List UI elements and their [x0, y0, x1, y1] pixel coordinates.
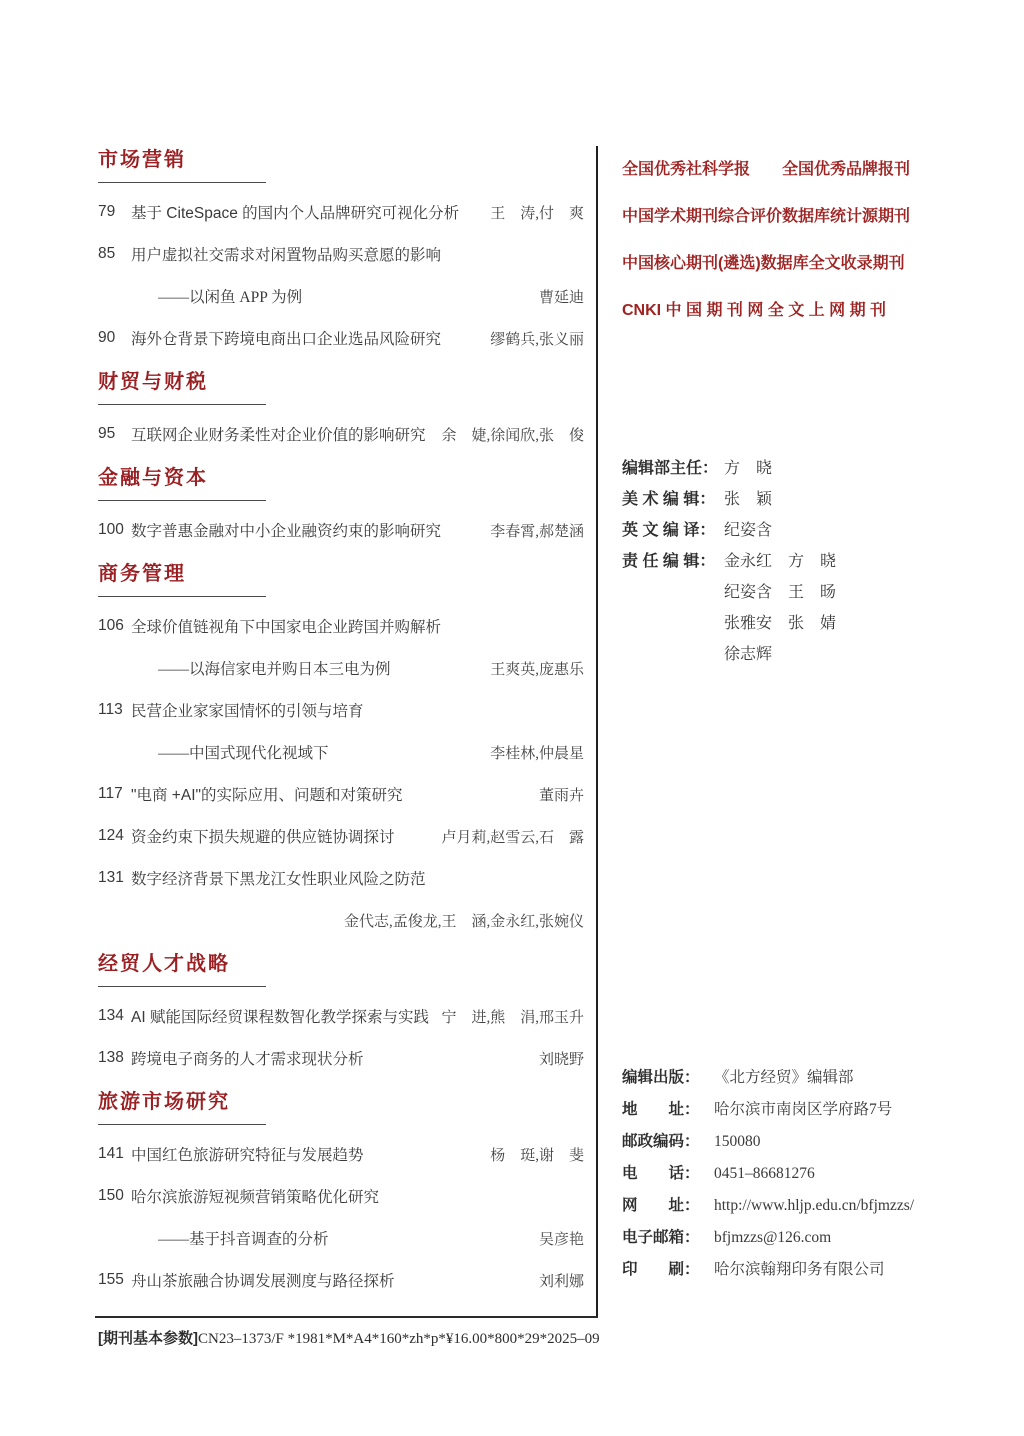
editorial-value: 徐志辉: [724, 639, 772, 670]
editorial-row: 张雅安 张 婧: [622, 608, 910, 639]
editorial-label: 英 文 编 译：: [622, 515, 724, 546]
section-title: 财贸与财税: [98, 370, 584, 394]
page-number: 155: [98, 1271, 131, 1289]
entry-authors: 缪鹤兵,张义丽: [490, 328, 584, 349]
toc-entry-row: 131数字经济背景下黑龙江女性职业风险之防范: [98, 857, 584, 899]
toc-subtitle-row: ——以海信家电并购日本三电为例王爽英,庞惠乐: [98, 647, 584, 689]
editorial-label: 编辑部主任：: [622, 453, 724, 484]
column-divider: [596, 146, 598, 1316]
journal-toc-page: 市场营销79基于 CiteSpace 的国内个人品牌研究可视化分析王 涛,付 爽…: [0, 0, 1024, 1436]
toc-authors-row: 金代志,孟俊龙,王 涵,金永红,张婉仪: [98, 899, 584, 941]
page-number: 90: [98, 329, 131, 347]
toc-entry-row: 117"电商 +AI"的实际应用、问题和对策研究董雨卉: [98, 773, 584, 815]
entry-authors: 卢月莉,赵雪云,石 露: [441, 826, 584, 847]
entry-subtitle: ——以海信家电并购日本三电为例: [158, 657, 480, 679]
publication-value: 《北方经贸》编辑部: [714, 1062, 854, 1094]
section-title: 旅游市场研究: [98, 1090, 584, 1114]
publication-label: 电 话：: [622, 1158, 714, 1190]
entry-title: 互联网企业财务柔性对企业价值的影响研究: [131, 423, 431, 445]
section-underline: [98, 1124, 266, 1125]
toc-entry-row: 95互联网企业财务柔性对企业价值的影响研究余 婕,徐闻欣,张 俊: [98, 413, 584, 455]
badge-line: CNKI 中 国 期 刊 网 全 文 上 网 期 刊: [622, 287, 910, 334]
toc-entry-row: 124资金约束下损失规避的供应链协调探讨卢月莉,赵雪云,石 露: [98, 815, 584, 857]
editorial-value: 方 晓: [724, 453, 772, 484]
entry-title: "电商 +AI"的实际应用、问题和对策研究: [131, 783, 529, 805]
publication-label: 电子邮箱：: [622, 1222, 714, 1254]
section-underline: [98, 986, 266, 987]
editorial-value: 张雅安 张 婧: [724, 608, 836, 639]
entry-authors: 余 婕,徐闻欣,张 俊: [441, 424, 584, 445]
publication-label: 编辑出版：: [622, 1062, 714, 1094]
toc-section: 商务管理106全球价值链视角下中国家电企业跨国并购解析——以海信家电并购日本三电…: [98, 562, 584, 941]
page-number: 134: [98, 1007, 131, 1025]
page-number: 113: [98, 701, 131, 719]
entry-title: 跨境电子商务的人才需求现状分析: [131, 1047, 529, 1069]
toc-entry-row: 100数字普惠金融对中小企业融资约束的影响研究李春霄,郝楚涵: [98, 509, 584, 551]
editorial-staff-block: 编辑部主任：方 晓美 术 编 辑：张 颖英 文 编 译：纪姿含责 任 编 辑：金…: [622, 453, 910, 670]
publication-row: 印 刷：哈尔滨翰翔印务有限公司: [622, 1254, 910, 1286]
toc-section: 旅游市场研究141中国红色旅游研究特征与发展趋势杨 珽,谢 斐150哈尔滨旅游短…: [98, 1090, 584, 1301]
section-title: 经贸人才战略: [98, 952, 584, 976]
entry-subtitle: ——基于抖音调查的分析: [158, 1227, 529, 1249]
entry-title: 中国红色旅游研究特征与发展趋势: [131, 1143, 480, 1165]
badge-text: 全国优秀品牌报刊: [782, 146, 910, 193]
publication-label: 地 址：: [622, 1094, 714, 1126]
toc-entry-row: 150哈尔滨旅游短视频营销策略优化研究: [98, 1175, 584, 1217]
entry-title: 用户虚拟社交需求对闲置物品购买意愿的影响: [131, 243, 574, 265]
publication-value: bfjmzzs@126.com: [714, 1222, 831, 1254]
entry-authors: 李桂林,仲晨星: [490, 742, 584, 763]
publication-row: 编辑出版：《北方经贸》编辑部: [622, 1062, 910, 1094]
editorial-label: 责 任 编 辑：: [622, 546, 724, 577]
publication-label: 印 刷：: [622, 1254, 714, 1286]
toc-section: 市场营销79基于 CiteSpace 的国内个人品牌研究可视化分析王 涛,付 爽…: [98, 148, 584, 359]
params-value: CN23–1373/F *1981*M*A4*160*zh*p*¥16.00*8…: [198, 1331, 600, 1347]
journal-parameters: [期刊基本参数]CN23–1373/F *1981*M*A4*160*zh*p*…: [98, 1327, 600, 1348]
toc-subtitle-row: ——以闲鱼 APP 为例曹延迪: [98, 275, 584, 317]
publication-row: 地 址：哈尔滨市南岗区学府路7号: [622, 1094, 910, 1126]
entry-authors: 曹延迪: [539, 286, 584, 307]
editorial-row: 纪姿含 王 旸: [622, 577, 910, 608]
entry-title: 海外仓背景下跨境电商出口企业选品风险研究: [131, 327, 480, 349]
editorial-row: 英 文 编 译：纪姿含: [622, 515, 910, 546]
publication-row: 邮政编码：150080: [622, 1126, 910, 1158]
entry-title: 舟山茶旅融合协调发展测度与路径探析: [131, 1269, 529, 1291]
publication-value: 0451–86681276: [714, 1158, 815, 1190]
section-underline: [98, 182, 266, 183]
page-number: 95: [98, 425, 131, 443]
section-underline: [98, 500, 266, 501]
page-number: 138: [98, 1049, 131, 1067]
toc-entry-row: 138跨境电子商务的人才需求现状分析刘晓野: [98, 1037, 584, 1079]
page-number: 106: [98, 617, 131, 635]
editorial-value: 纪姿含 王 旸: [724, 577, 836, 608]
toc-entry-row: 141中国红色旅游研究特征与发展趋势杨 珽,谢 斐: [98, 1133, 584, 1175]
publication-row: 网 址：http://www.hljp.edu.cn/bfjmzzs/: [622, 1190, 910, 1222]
entry-authors: 杨 珽,谢 斐: [490, 1144, 584, 1165]
toc-section: 经贸人才战略134AI 赋能国际经贸课程数智化教学探索与实践宁 进,熊 涓,邢玉…: [98, 952, 584, 1079]
section-title: 商务管理: [98, 562, 584, 586]
footer-rule: [95, 1316, 598, 1318]
toc-entry-row: 106全球价值链视角下中国家电企业跨国并购解析: [98, 605, 584, 647]
publication-value: http://www.hljp.edu.cn/bfjmzzs/: [714, 1190, 914, 1222]
editorial-value: 张 颖: [724, 484, 772, 515]
toc-entry-row: 113民营企业家家国情怀的引领与培育: [98, 689, 584, 731]
badge-line: 全国优秀社科学报全国优秀品牌报刊: [622, 146, 910, 193]
entry-title: 基于 CiteSpace 的国内个人品牌研究可视化分析: [131, 201, 480, 223]
badge-line: 中国学术期刊综合评价数据库统计源期刊: [622, 193, 910, 240]
toc-section: 财贸与财税95互联网企业财务柔性对企业价值的影响研究余 婕,徐闻欣,张 俊: [98, 370, 584, 455]
params-label: [期刊基本参数]: [98, 1330, 198, 1347]
entry-authors: 金代志,孟俊龙,王 涵,金永红,张婉仪: [344, 910, 584, 931]
page-number: 150: [98, 1187, 131, 1205]
badge-text: 全国优秀社科学报: [622, 146, 750, 193]
entry-subtitle: ——以闲鱼 APP 为例: [158, 285, 529, 307]
editorial-row: 美 术 编 辑：张 颖: [622, 484, 910, 515]
publication-label: 网 址：: [622, 1190, 714, 1222]
entry-authors: 李春霄,郝楚涵: [490, 520, 584, 541]
publication-value: 哈尔滨翰翔印务有限公司: [714, 1254, 885, 1286]
page-number: 124: [98, 827, 131, 845]
entry-title: 数字普惠金融对中小企业融资约束的影响研究: [131, 519, 480, 541]
toc-column: 市场营销79基于 CiteSpace 的国内个人品牌研究可视化分析王 涛,付 爽…: [98, 148, 584, 1301]
entry-title: 哈尔滨旅游短视频营销策略优化研究: [131, 1185, 574, 1207]
entry-authors: 王爽英,庞惠乐: [490, 658, 584, 679]
editorial-value: 纪姿含: [724, 515, 772, 546]
publication-row: 电子邮箱：bfjmzzs@126.com: [622, 1222, 910, 1254]
page-number: 117: [98, 785, 131, 803]
accreditation-badges: 全国优秀社科学报全国优秀品牌报刊中国学术期刊综合评价数据库统计源期刊中国核心期刊…: [622, 146, 910, 334]
toc-section: 金融与资本100数字普惠金融对中小企业融资约束的影响研究李春霄,郝楚涵: [98, 466, 584, 551]
section-title: 金融与资本: [98, 466, 584, 490]
toc-entry-row: 79基于 CiteSpace 的国内个人品牌研究可视化分析王 涛,付 爽: [98, 191, 584, 233]
section-title: 市场营销: [98, 148, 584, 172]
entry-authors: 吴彦艳: [539, 1228, 584, 1249]
entry-authors: 宁 进,熊 涓,邢玉升: [441, 1006, 584, 1027]
publication-label: 邮政编码：: [622, 1126, 714, 1158]
entry-authors: 董雨卉: [539, 784, 584, 805]
badge-line: 中国核心期刊(遴选)数据库全文收录期刊: [622, 240, 910, 287]
toc-subtitle-row: ——基于抖音调查的分析吴彦艳: [98, 1217, 584, 1259]
info-column: 全国优秀社科学报全国优秀品牌报刊中国学术期刊综合评价数据库统计源期刊中国核心期刊…: [622, 146, 910, 1286]
editorial-value: 金永红 方 晓: [724, 546, 836, 577]
toc-list: 市场营销79基于 CiteSpace 的国内个人品牌研究可视化分析王 涛,付 爽…: [98, 148, 584, 1301]
entry-authors: 刘晓野: [539, 1048, 584, 1069]
entry-title: 民营企业家家国情怀的引领与培育: [131, 699, 574, 721]
publication-info-block: 编辑出版：《北方经贸》编辑部地 址：哈尔滨市南岗区学府路7号邮政编码：15008…: [622, 1062, 910, 1286]
publication-value: 150080: [714, 1126, 761, 1158]
page-number: 131: [98, 869, 131, 887]
section-underline: [98, 596, 266, 597]
toc-entry-row: 85用户虚拟社交需求对闲置物品购买意愿的影响: [98, 233, 584, 275]
editorial-row: 责 任 编 辑：金永红 方 晓: [622, 546, 910, 577]
editorial-label: 美 术 编 辑：: [622, 484, 724, 515]
page-number: 85: [98, 245, 131, 263]
toc-subtitle-row: ——中国式现代化视域下李桂林,仲晨星: [98, 731, 584, 773]
entry-title: 数字经济背景下黑龙江女性职业风险之防范: [131, 867, 574, 889]
page-number: 100: [98, 521, 131, 539]
entry-title: AI 赋能国际经贸课程数智化教学探索与实践: [131, 1005, 431, 1027]
publication-row: 电 话：0451–86681276: [622, 1158, 910, 1190]
editorial-row: 徐志辉: [622, 639, 910, 670]
editorial-row: 编辑部主任：方 晓: [622, 453, 910, 484]
toc-entry-row: 90海外仓背景下跨境电商出口企业选品风险研究缪鹤兵,张义丽: [98, 317, 584, 359]
publication-value: 哈尔滨市南岗区学府路7号: [714, 1094, 892, 1126]
entry-authors: 王 涛,付 爽: [490, 202, 584, 223]
entry-authors: 刘利娜: [539, 1270, 584, 1291]
toc-entry-row: 134AI 赋能国际经贸课程数智化教学探索与实践宁 进,熊 涓,邢玉升: [98, 995, 584, 1037]
page-number: 79: [98, 203, 131, 221]
entry-subtitle: ——中国式现代化视域下: [158, 741, 480, 763]
entry-title: 全球价值链视角下中国家电企业跨国并购解析: [131, 615, 574, 637]
page-number: 141: [98, 1145, 131, 1163]
entry-title: 资金约束下损失规避的供应链协调探讨: [131, 825, 431, 847]
section-underline: [98, 404, 266, 405]
toc-entry-row: 155舟山茶旅融合协调发展测度与路径探析刘利娜: [98, 1259, 584, 1301]
